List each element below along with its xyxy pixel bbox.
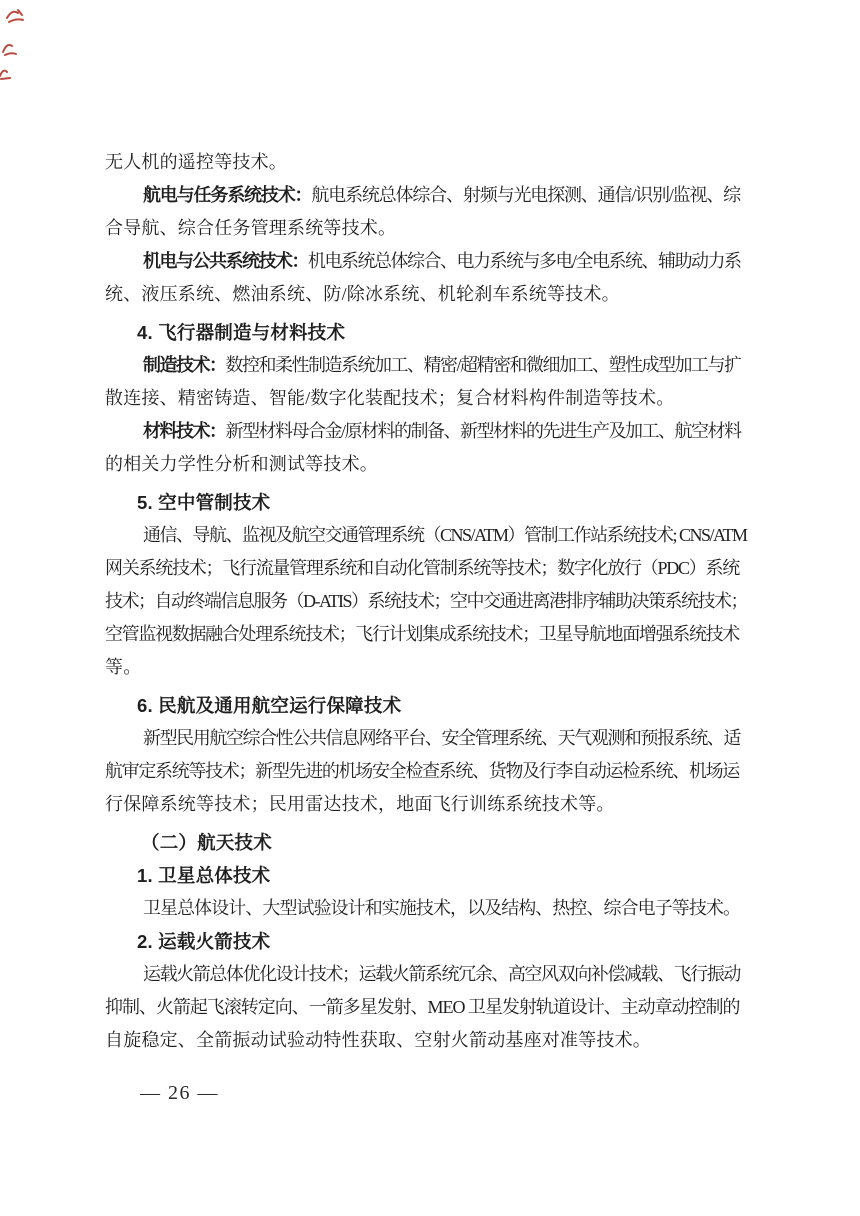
term-label: 6. 民航及通用航空运行保障技术 [137,695,401,716]
text-line-content: 空管监视数据融合处理系统技术；飞行计划集成系统技术；卫星导航地面增强系统技术 [105,618,739,651]
text-line-content: 无人机的遥控等技术。 [105,146,287,179]
text-line-content: 通信、导航、监视及航空交通管理系统（CNS/ATM）管制工作站系统技术; CNS… [143,519,747,552]
term-label: 2. 运载火箭技术 [137,931,270,952]
text-line-content: 自旋稳定、全箭振动试验动特性获取、空射火箭动基座对准等技术。 [105,1024,651,1057]
text-segment: 自旋稳定、全箭振动试验动特性获取、空射火箭动基座对准等技术。 [105,1030,651,1050]
text-line: 制造技术：数控和柔性制造系统加工、精密/超精密和微细加工、塑性成型加工与扩 [105,349,747,382]
text-line-content: 合导航、综合任务管理系统等技术。 [105,212,396,245]
document-body: 无人机的遥控等技术。航电与任务系统技术：航电系统总体综合、射频与光电探测、通信/… [105,146,747,1057]
text-segment: 散连接、精密铸造、智能/数字化装配技术；复合材料构件制造等技术。 [105,388,674,408]
text-line-content: 制造技术：数控和柔性制造系统加工、精密/超精密和微细加工、塑性成型加工与扩 [143,349,741,382]
term-label: 材料技术： [143,421,226,441]
text-line-content: 航电与任务系统技术：航电系统总体综合、射频与光电探测、通信/识别/监视、综 [143,179,740,212]
text-line-content: 运载火箭总体优化设计技术；运载火箭系统冗余、高空风双向补偿减载、飞行振动 [143,958,740,991]
text-segment: 通信、导航、监视及航空交通管理系统（CNS/ATM）管制工作站系统技术; CNS… [143,525,747,545]
document-page: 无人机的遥控等技术。航电与任务系统技术：航电系统总体综合、射频与光电探测、通信/… [0,0,860,1216]
text-line-content: 航审定系统等技术；新型先进的机场安全检查系统、货物及行李自动运检系统、机场运 [105,755,739,788]
text-line: 通信、导航、监视及航空交通管理系统（CNS/ATM）管制工作站系统技术; CNS… [105,519,747,552]
text-line: 散连接、精密铸造、智能/数字化装配技术；复合材料构件制造等技术。 [105,382,747,415]
text-line-content: 等。 [105,651,141,684]
text-line: 5. 空中管制技术 [105,486,747,519]
text-segment: 统、液压系统、燃油系统、防/除冰系统、机轮刹车系统等技术。 [105,284,620,304]
text-line-content: 散连接、精密铸造、智能/数字化装配技术；复合材料构件制造等技术。 [105,382,674,415]
page-number: — 26 — [140,1082,219,1105]
red-annotation-mark [4,6,28,26]
text-line: 1. 卫星总体技术 [105,859,747,892]
term-label: 制造技术： [143,355,226,375]
text-line-content: 5. 空中管制技术 [137,486,270,519]
term-label: （二）航天技术 [141,832,272,853]
text-line-content: 6. 民航及通用航空运行保障技术 [137,689,401,722]
text-line-content: 1. 卫星总体技术 [137,859,270,892]
text-line-content: （二）航天技术 [141,826,272,859]
text-line: （二）航天技术 [105,826,747,859]
text-line: 航审定系统等技术；新型先进的机场安全检查系统、货物及行李自动运检系统、机场运 [105,755,747,788]
text-line: 网关系统技术；飞行流量管理系统和自动化管制系统等技术；数字化放行（PDC）系统 [105,552,747,585]
text-line: 材料技术：新型材料母合金/原材料的制备、新型材料的先进生产及加工、航空材料 [105,415,747,448]
text-line-content: 网关系统技术；飞行流量管理系统和自动化管制系统等技术；数字化放行（PDC）系统 [105,552,739,585]
text-line: 等。 [105,651,747,684]
red-annotation-mark [1,38,21,58]
text-line: 2. 运载火箭技术 [105,925,747,958]
term-label: 1. 卫星总体技术 [137,865,270,886]
text-line: 抑制、火箭起飞滚转定向、一箭多星发射、MEO 卫星发射轨道设计、主动章动控制的 [105,991,747,1024]
text-segment: 行保障系统等技术；民用雷达技术，地面飞行训练系统技术等。 [105,794,615,814]
text-segment: 技术；自动终端信息服务（D-ATIS）系统技术；空中交通进离港排序辅助决策系统技… [105,591,747,611]
text-line: 自旋稳定、全箭振动试验动特性获取、空射火箭动基座对准等技术。 [105,1024,747,1057]
text-line: 行保障系统等技术；民用雷达技术，地面飞行训练系统技术等。 [105,788,747,821]
text-segment: 抑制、火箭起飞滚转定向、一箭多星发射、MEO 卫星发射轨道设计、主动章动控制的 [105,997,740,1017]
text-segment: 新型材料母合金/原材料的制备、新型材料的先进生产及加工、航空材料 [226,421,741,441]
text-segment: 数控和柔性制造系统加工、精密/超精密和微细加工、塑性成型加工与扩 [226,355,741,375]
text-segment: 网关系统技术；飞行流量管理系统和自动化管制系统等技术；数字化放行（PDC）系统 [105,558,739,578]
text-line-content: 技术；自动终端信息服务（D-ATIS）系统技术；空中交通进离港排序辅助决策系统技… [105,585,747,618]
term-label: 机电与公共系统技术： [143,251,308,271]
text-segment: 机电系统总体综合、电力系统与多电/全电系统、辅助动力系 [308,251,741,271]
text-line-content: 行保障系统等技术；民用雷达技术，地面飞行训练系统技术等。 [105,788,615,821]
text-segment: 无人机的遥控等技术。 [105,152,287,172]
text-line-content: 卫星总体设计、大型试验设计和实施技术，以及结构、热控、综合电子等技术。 [143,892,740,925]
text-segment: 新型民用航空综合性公共信息网络平台、安全管理系统、天气观测和预报系统、适 [143,728,740,748]
term-label: 航电与任务系统技术： [143,185,311,205]
text-line-content: 2. 运载火箭技术 [137,925,270,958]
text-line: 无人机的遥控等技术。 [105,146,747,179]
text-line: 4. 飞行器制造与材料技术 [105,316,747,349]
term-label: 5. 空中管制技术 [137,492,270,513]
text-segment: 航审定系统等技术；新型先进的机场安全检查系统、货物及行李自动运检系统、机场运 [105,761,739,781]
text-line: 机电与公共系统技术：机电系统总体综合、电力系统与多电/全电系统、辅助动力系 [105,245,747,278]
text-line: 新型民用航空综合性公共信息网络平台、安全管理系统、天气观测和预报系统、适 [105,722,747,755]
text-line-content: 统、液压系统、燃油系统、防/除冰系统、机轮刹车系统等技术。 [105,278,620,311]
text-line: 合导航、综合任务管理系统等技术。 [105,212,747,245]
text-line: 技术；自动终端信息服务（D-ATIS）系统技术；空中交通进离港排序辅助决策系统技… [105,585,747,618]
text-line-content: 4. 飞行器制造与材料技术 [137,316,345,349]
text-segment: 航电系统总体综合、射频与光电探测、通信/识别/监视、综 [311,185,740,205]
text-segment: 卫星总体设计、大型试验设计和实施技术，以及结构、热控、综合电子等技术。 [143,898,740,918]
text-line: 航电与任务系统技术：航电系统总体综合、射频与光电探测、通信/识别/监视、综 [105,179,747,212]
text-line-content: 新型民用航空综合性公共信息网络平台、安全管理系统、天气观测和预报系统、适 [143,722,740,755]
text-line: 空管监视数据融合处理系统技术；飞行计划集成系统技术；卫星导航地面增强系统技术 [105,618,747,651]
text-segment: 运载火箭总体优化设计技术；运载火箭系统冗余、高空风双向补偿减载、飞行振动 [143,964,740,984]
text-segment: 等。 [105,657,141,677]
text-line: 运载火箭总体优化设计技术；运载火箭系统冗余、高空风双向补偿减载、飞行振动 [105,958,747,991]
text-line: 统、液压系统、燃油系统、防/除冰系统、机轮刹车系统等技术。 [105,278,747,311]
text-line: 卫星总体设计、大型试验设计和实施技术，以及结构、热控、综合电子等技术。 [105,892,747,925]
text-line-content: 抑制、火箭起飞滚转定向、一箭多星发射、MEO 卫星发射轨道设计、主动章动控制的 [105,991,740,1024]
text-segment: 空管监视数据融合处理系统技术；飞行计划集成系统技术；卫星导航地面增强系统技术 [105,624,739,644]
text-segment: 合导航、综合任务管理系统等技术。 [105,218,396,238]
text-line-content: 机电与公共系统技术：机电系统总体综合、电力系统与多电/全电系统、辅助动力系 [143,245,741,278]
text-line-content: 材料技术：新型材料母合金/原材料的制备、新型材料的先进生产及加工、航空材料 [143,415,741,448]
red-annotation-mark [0,64,14,82]
text-line: 的相关力学性分析和测试等技术。 [105,448,747,481]
text-line-content: 的相关力学性分析和测试等技术。 [105,448,378,481]
text-segment: 的相关力学性分析和测试等技术。 [105,454,378,474]
term-label: 4. 飞行器制造与材料技术 [137,322,345,343]
text-line: 6. 民航及通用航空运行保障技术 [105,689,747,722]
